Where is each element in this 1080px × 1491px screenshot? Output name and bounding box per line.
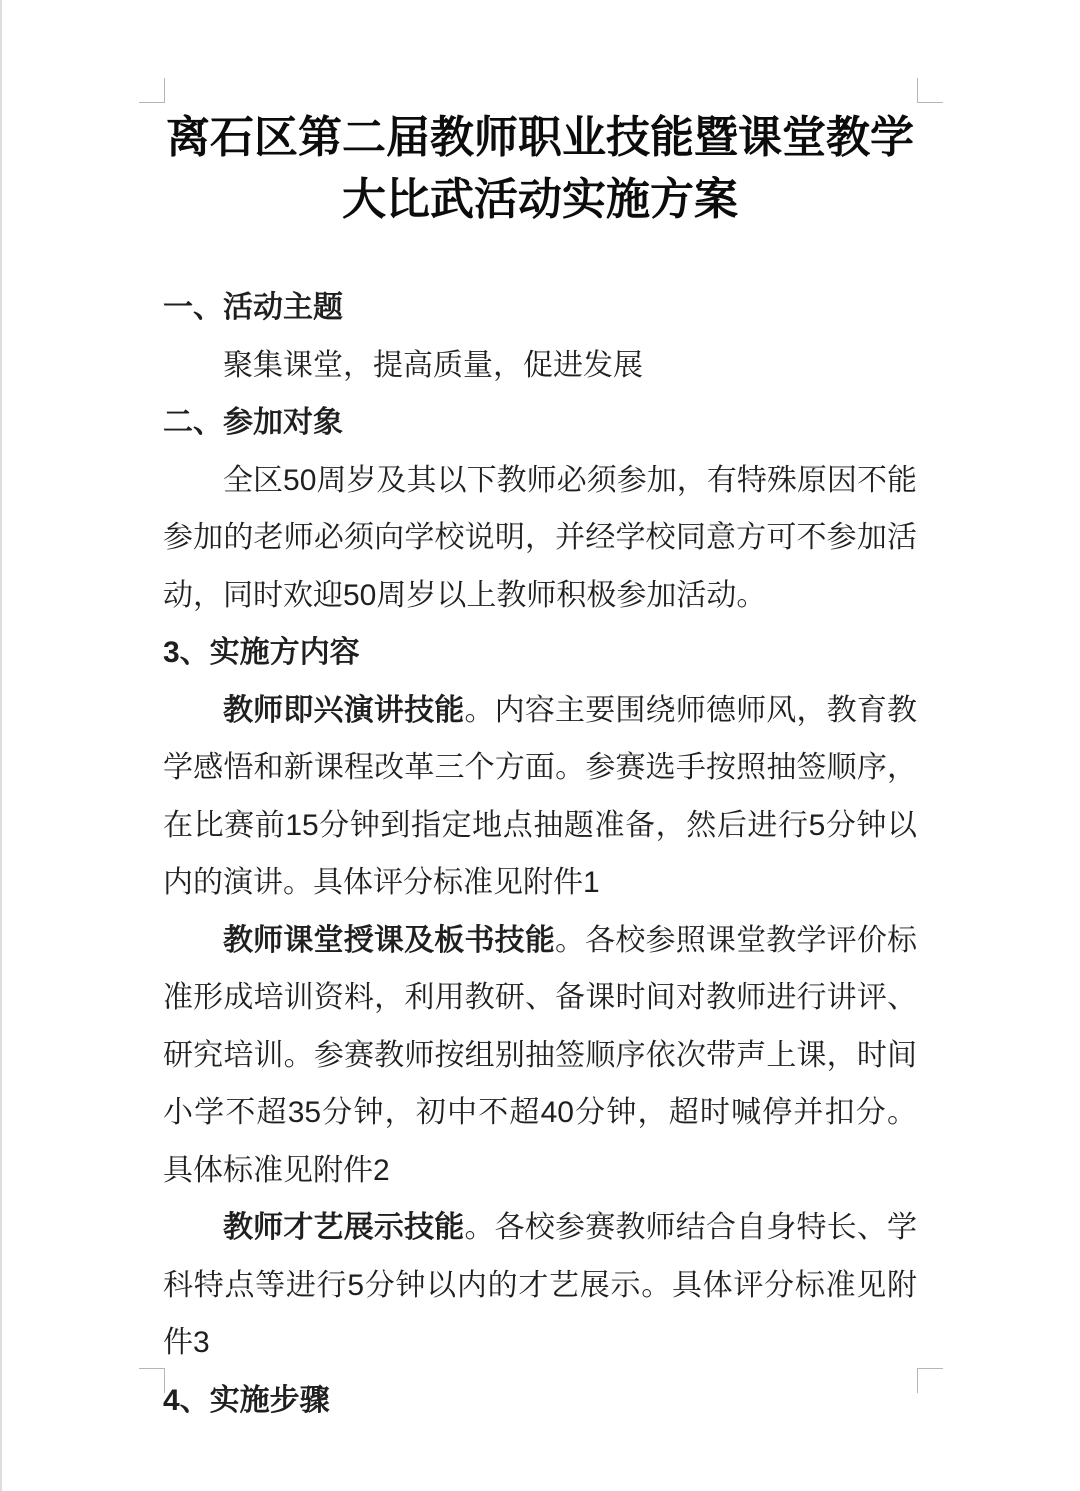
bold-lead-talent-show: 教师才艺展示技能 bbox=[223, 1211, 464, 1244]
document-title: 离石区第二届教师职业技能暨课堂教学 大比武活动实施方案 bbox=[163, 107, 917, 231]
title-line-1: 离石区第二届教师职业技能暨课堂教学 bbox=[163, 107, 917, 169]
document-content: 离石区第二届教师职业技能暨课堂教学 大比武活动实施方案 一、活动主题 聚集课堂，… bbox=[163, 101, 917, 1429]
section-heading-implementation-steps: 4、实施步骤 bbox=[163, 1372, 917, 1430]
section-heading-activity-theme: 一、活动主题 bbox=[163, 279, 917, 337]
paragraph-participants: 全区50周岁及其以下教师必须参加，有特殊原因不能参加的老师必须向学校说明，并经学… bbox=[163, 452, 917, 625]
document-body: 一、活动主题 聚集课堂，提高质量，促进发展 二、参加对象 全区50周岁及其以下教… bbox=[163, 279, 917, 1429]
margin-crop-mark-bottom-right bbox=[917, 1368, 943, 1393]
paragraph-classroom-teaching-text: 。各校参照课堂教学评价标准形成培训资料，利用教研、备课时间对教师进行讲评、研究培… bbox=[163, 924, 917, 1187]
bold-lead-impromptu-speech: 教师即兴演讲技能 bbox=[223, 694, 464, 727]
margin-crop-mark-top-right bbox=[917, 78, 943, 103]
section-heading-participants: 二、参加对象 bbox=[163, 394, 917, 452]
margin-crop-mark-bottom-left bbox=[139, 1368, 165, 1393]
paragraph-talent-show: 教师才艺展示技能。各校参赛教师结合自身特长、学科特点等进行5分钟以内的才艺展示。… bbox=[163, 1199, 917, 1372]
paragraph-impromptu-speech: 教师即兴演讲技能。内容主要围绕师德师风，教育教学感悟和新课程改革三个方面。参赛选… bbox=[163, 682, 917, 912]
margin-crop-mark-top-left bbox=[139, 78, 165, 103]
paragraph-classroom-teaching: 教师课堂授课及板书技能。各校参照课堂教学评价标准形成培训资料，利用教研、备课时间… bbox=[163, 912, 917, 1200]
page-edge bbox=[0, 0, 2, 1491]
section-heading-implementation-content: 3、实施方内容 bbox=[163, 624, 917, 682]
paragraph-theme-slogan: 聚集课堂，提高质量，促进发展 bbox=[163, 337, 917, 395]
title-line-2: 大比武活动实施方案 bbox=[163, 169, 917, 231]
document-page: 离石区第二届教师职业技能暨课堂教学 大比武活动实施方案 一、活动主题 聚集课堂，… bbox=[0, 0, 1080, 1491]
bold-lead-classroom-teaching: 教师课堂授课及板书技能 bbox=[223, 924, 555, 957]
